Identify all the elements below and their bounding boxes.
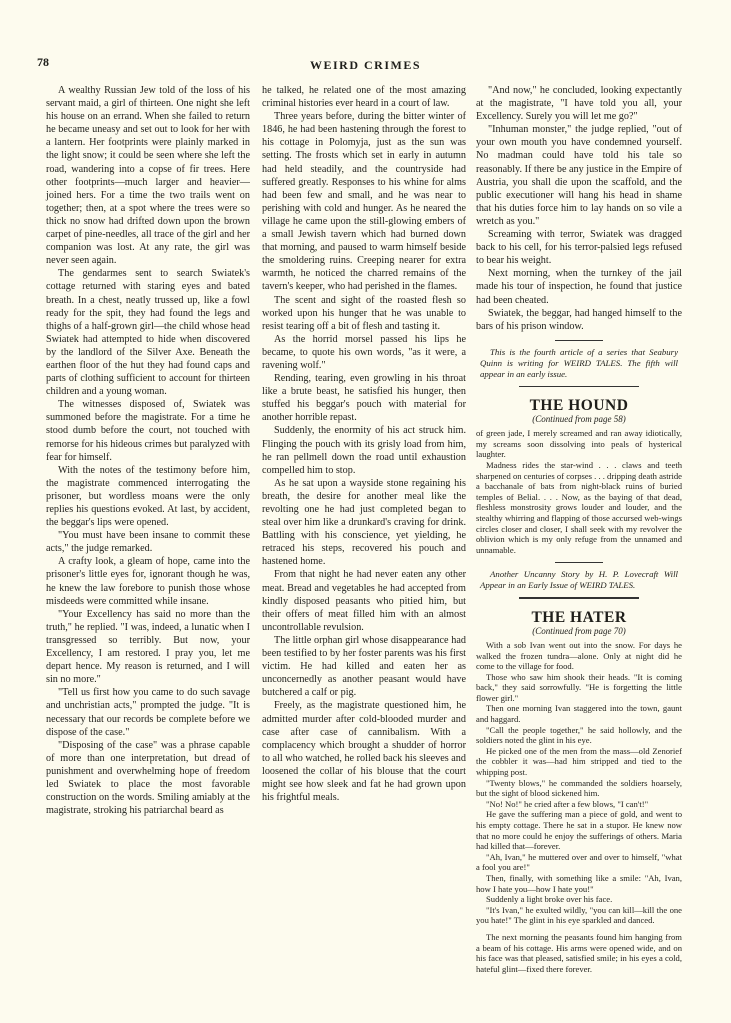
paragraph: "It's Ivan," he exulted wildly, "you can… [476, 905, 682, 926]
paragraph: Madness rides the star-wind . . . claws … [476, 460, 682, 555]
paragraph: Those who saw him shook their heads. "It… [476, 672, 682, 704]
divider [555, 340, 603, 341]
paragraph: Next morning, when the turnkey of the ja… [476, 267, 682, 306]
paragraph: "And now," he concluded, looking expecta… [476, 84, 682, 123]
paragraph: The little orphan girl whose disappearan… [262, 634, 466, 699]
paragraph: Swiatek, the beggar, had hanged himself … [476, 307, 682, 333]
divider [519, 386, 639, 388]
paragraph: As the horrid morsel passed his lips he … [262, 333, 466, 372]
paragraph: of green jade, I merely screamed and ran… [476, 428, 682, 460]
hound-title: THE HOUND [476, 397, 682, 414]
paragraph: "Call the people together," he said holl… [476, 725, 682, 746]
paragraph: With a sob Ivan went out into the snow. … [476, 640, 682, 672]
paragraph: A wealthy Russian Jew told of the loss o… [46, 84, 250, 267]
series-note: This is the fourth article of a series t… [480, 347, 678, 380]
running-title: WEIRD CRIMES [0, 58, 731, 73]
lovecraft-note: Another Uncanny Story by H. P. Lovecraft… [480, 569, 678, 591]
paragraph: "Your Excellency has said no more than t… [46, 608, 250, 687]
paragraph: He gave the suffering man a piece of gol… [476, 809, 682, 851]
hater-title: THE HATER [476, 609, 682, 626]
paragraph: "Inhuman monster," the judge replied, "o… [476, 123, 682, 228]
paragraph: The gendarmes sent to search Swiatek's c… [46, 267, 250, 398]
divider [519, 597, 639, 599]
paragraph: Freely, as the magistrate questioned him… [262, 699, 466, 804]
paragraph: "Tell us first how you came to do such s… [46, 686, 250, 738]
hater-continued: (Continued from page 70) [476, 626, 682, 637]
paragraph: "You must have been insane to commit the… [46, 529, 250, 555]
paragraph: "Twenty blows," he commanded the soldier… [476, 778, 682, 799]
column-1: A wealthy Russian Jew told of the loss o… [46, 84, 250, 817]
paragraph: With the notes of the testimony before h… [46, 464, 250, 529]
paragraph: Then, finally, with something like a smi… [476, 873, 682, 894]
paragraph: "Disposing of the case" was a phrase cap… [46, 739, 250, 818]
paragraph: Then one morning Ivan staggered into the… [476, 703, 682, 724]
paragraph: Three years before, during the bitter wi… [262, 110, 466, 293]
column-3: "And now," he concluded, looking expecta… [476, 84, 682, 974]
paragraph: "Ah, Ivan," he muttered over and over to… [476, 852, 682, 873]
paragraph: "No! No!" he cried after a few blows, "I… [476, 799, 682, 810]
paragraph: The scent and sight of the roasted flesh… [262, 294, 466, 333]
paragraph: Screaming with terror, Swiatek was dragg… [476, 228, 682, 267]
column-2: he talked, he related one of the most am… [262, 84, 466, 804]
paragraph: Suddenly a light broke over his face. [476, 894, 682, 905]
paragraph: As he sat upon a wayside stone regaining… [262, 477, 466, 569]
hound-body: of green jade, I merely screamed and ran… [476, 428, 682, 555]
hound-continued: (Continued from page 58) [476, 414, 682, 425]
paragraph: From that night he had never eaten any o… [262, 568, 466, 633]
paragraph: Suddenly, the enormity of his act struck… [262, 424, 466, 476]
hater-body: With a sob Ivan went out into the snow. … [476, 640, 682, 974]
paragraph: A crafty look, a gleam of hope, came int… [46, 555, 250, 607]
divider [555, 562, 603, 563]
paragraph: He picked one of the men from the mass—o… [476, 746, 682, 778]
paragraph: Rending, tearing, even growling in his t… [262, 372, 466, 424]
paragraph: The witnesses disposed of, Swiatek was s… [46, 398, 250, 463]
paragraph: The next morning the peasants found him … [476, 932, 682, 974]
paragraph: he talked, he related one of the most am… [262, 84, 466, 110]
